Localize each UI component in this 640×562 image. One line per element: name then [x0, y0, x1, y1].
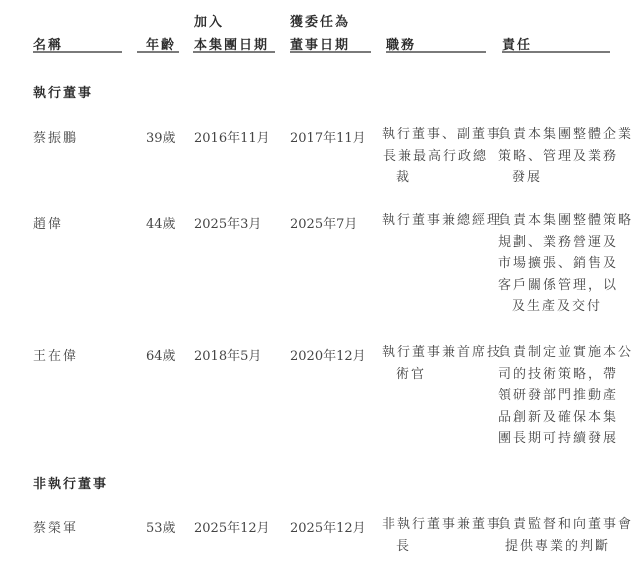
cell-appoint-date: 2020年12月	[290, 345, 366, 364]
cell-appoint-date: 2025年12月	[290, 517, 366, 536]
cell-responsibility: 負責本集團整體策略 規劃、業務營運及 市場擴張、銷售及 客戶關係管理，以 及生產…	[498, 210, 610, 318]
header-rule-position	[386, 51, 486, 53]
cell-join-date: 2018年5月	[194, 345, 261, 364]
header-rule-age	[137, 51, 179, 53]
header-join-date-line1: 加入	[194, 11, 224, 30]
section-title-non-executive: 非執行董事	[33, 473, 108, 492]
cell-age: 64歲	[146, 345, 176, 364]
cell-appoint-date: 2025年7月	[290, 213, 357, 232]
cell-join-date: 2025年3月	[194, 213, 261, 232]
cell-name: 趙偉	[33, 213, 63, 232]
cell-join-date: 2025年12月	[194, 517, 270, 536]
header-rule-responsibility	[502, 51, 610, 53]
section-title-executive: 執行董事	[33, 82, 93, 101]
cell-position: 執行董事兼首席技 術官	[382, 342, 502, 385]
cell-position: 執行董事、副董事 長兼最高行政總 裁	[382, 124, 488, 189]
cell-age: 53歲	[146, 517, 176, 536]
cell-position: 執行董事兼總經理	[382, 210, 502, 232]
header-rule-join-date	[193, 51, 275, 53]
cell-responsibility: 負責監督和向董事會 提供專業的判斷	[498, 514, 610, 557]
cell-age: 44歲	[146, 213, 176, 232]
header-rule-name	[33, 51, 122, 53]
header-appoint-date-line1: 獲委任為	[290, 11, 350, 30]
header-rule-appoint-date	[290, 51, 371, 53]
cell-name: 王在偉	[33, 345, 78, 364]
cell-appoint-date: 2017年11月	[290, 127, 366, 146]
cell-responsibility: 負責制定並實施本公 司的技術策略，帶 領研發部門推動產 品創新及確保本集 團長期…	[498, 342, 610, 450]
cell-position: 非執行董事兼董事 長	[382, 514, 502, 557]
cell-responsibility: 負責本集團整體企業 策略、管理及業務 發展	[498, 124, 610, 189]
cell-age: 39歲	[146, 127, 176, 146]
cell-join-date: 2016年11月	[194, 127, 270, 146]
cell-name: 蔡榮軍	[33, 517, 78, 536]
cell-name: 蔡振鵬	[33, 127, 78, 146]
